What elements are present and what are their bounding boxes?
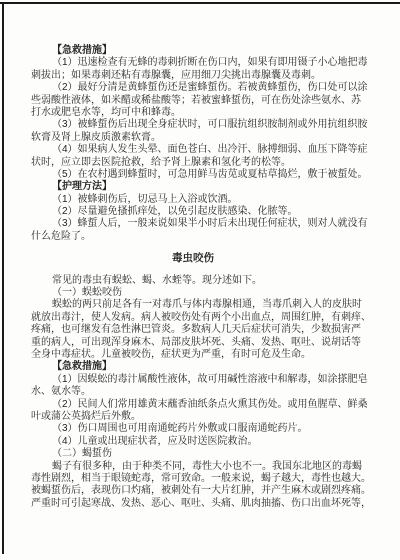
- text-line: 刺拔出；如果毒刺还粘有毒腺囊，应用细刀尖挑出毒腺囊及毒刺。: [31, 70, 355, 82]
- text-line: 状时，应立即去医院抢救，给予肾上腺素和氢化考的松等。: [31, 157, 355, 169]
- text-line: （2）最好分清是黄蜂蜇伤还是蜜蜂蜇伤。若被黄蜂蜇伤，伤口处可以涂: [31, 82, 355, 94]
- text-line: 【急救措施】: [31, 45, 355, 57]
- scan-border-top: [0, 2, 400, 4]
- scan-border-left: [2, 2, 4, 554]
- text-line: （3）被蜂蜇伤后出现全身症状时，可口服抗组织胺制剂或外用抗组织胺: [31, 119, 355, 131]
- text-line: （2）民间人们常用雄黄末蘸香油纸条点火熏其伤处。或用鱼腥草、鲜桑: [31, 399, 355, 411]
- text-line: （2）尽量避免搔抓痒处，以免引起皮肤感染、化脓等。: [31, 206, 355, 218]
- text-line: （5）在农村遇到蜂蜇时，可急用鲜马齿苋或夏枯草捣烂，敷于被蜇处。: [31, 169, 355, 181]
- text-line: 毒性剧烈，相当于眼镜蛇毒，常可致命。一般来说，蝎子越大，毒性也越大。: [31, 473, 355, 485]
- text-line: 水、氨水等。: [31, 386, 355, 398]
- text-line: 什么危险了。: [31, 231, 355, 243]
- section-heading: 毒虫咬伤: [31, 252, 355, 264]
- text-line: （二）蝎蜇伤: [31, 448, 355, 460]
- text-line: （3）伤口周围也可用南通蛇药片外敷或口服南通蛇药片。: [31, 423, 355, 435]
- text-line: 【护理方法】: [31, 181, 355, 193]
- text-line: （4）儿童或出现症状者，应及时送医院救治。: [31, 436, 355, 448]
- text-line: 疼痛，也可继发有急性淋巴管炎。多数病人几天后症状可消失，少数损害严: [31, 324, 355, 336]
- text-line: 软膏及肾上腺皮质激素软膏。: [31, 132, 355, 144]
- text-line: 常见的毒虫有蜈蚣、蝎、水蛭等。现分述如下。: [31, 275, 355, 287]
- text-line: 就放出毒汁，使人发病。病人被咬伤处有两个小出血点，周围红肿，有刺痒、: [31, 312, 355, 324]
- text-line: 打水或肥皂水等，均可中和蜂毒。: [31, 107, 355, 119]
- text-line: 被蝎蜇伤后，表现伤口灼痛，被刺处有一大片红肿，并产生麻木或剧烈疼痛。: [31, 485, 355, 497]
- text-line: （1）迅速检查有无蜂的毒刺折断在伤口内，如果有即用镊子小心地把毒: [31, 57, 355, 69]
- text-line: （1）因蜈蚣的毒汁属酸性液体，故可用碱性溶液中和解毒，如涂搽肥皂: [31, 374, 355, 386]
- text-line: 蜈蚣的两只前足各有一对毒爪与体内毒腺相通，当毒爪刺入人的皮肤时: [31, 299, 355, 311]
- text-line: 重的病人，可出现浑身麻木、局部皮肤坏死、头痛、发热、呕吐、说胡话等: [31, 337, 355, 349]
- scanned-page: 【急救措施】（1）迅速检查有无蜂的毒刺折断在伤口内，如果有即用镊子小心地把毒刺拔…: [0, 0, 400, 560]
- text-line: 蝎子有很多种，由于种类不同，毒性大小也不一。我国东北地区的毒蝎: [31, 461, 355, 473]
- text-line: 严重时可引起寒战、发热、恶心、呕吐、头痛、肌肉抽搐、伤口出血坏死等，: [31, 498, 355, 510]
- text-line: （1）被蜂刺伤后，切忌马上入浴或饮酒。: [31, 194, 355, 206]
- text-line: 【急救措施】: [31, 361, 355, 373]
- text-line: 些弱酸性液体，如米醋或稀盐酸等；若被蜜蜂蜇伤，可在伤处涂些氨水、苏: [31, 95, 355, 107]
- text-line: （4）如果病人发生头晕、面色苍白、出冷汗、脉搏细弱、血压下降等症: [31, 144, 355, 156]
- text-line: （3）蜂蜇人后，一般来说如果半小时后未出现任何症状，则对人就没有: [31, 218, 355, 230]
- document-body: 【急救措施】（1）迅速检查有无蜂的毒刺折断在伤口内，如果有即用镊子小心地把毒刺拔…: [31, 45, 355, 510]
- text-line: 全身中毒症状。儿童被咬伤，症状更为严重，有时可危及生命。: [31, 349, 355, 361]
- text-line: 叶或蒲公英捣烂后外敷。: [31, 411, 355, 423]
- text-line: （一）蜈蚣咬伤: [31, 287, 355, 299]
